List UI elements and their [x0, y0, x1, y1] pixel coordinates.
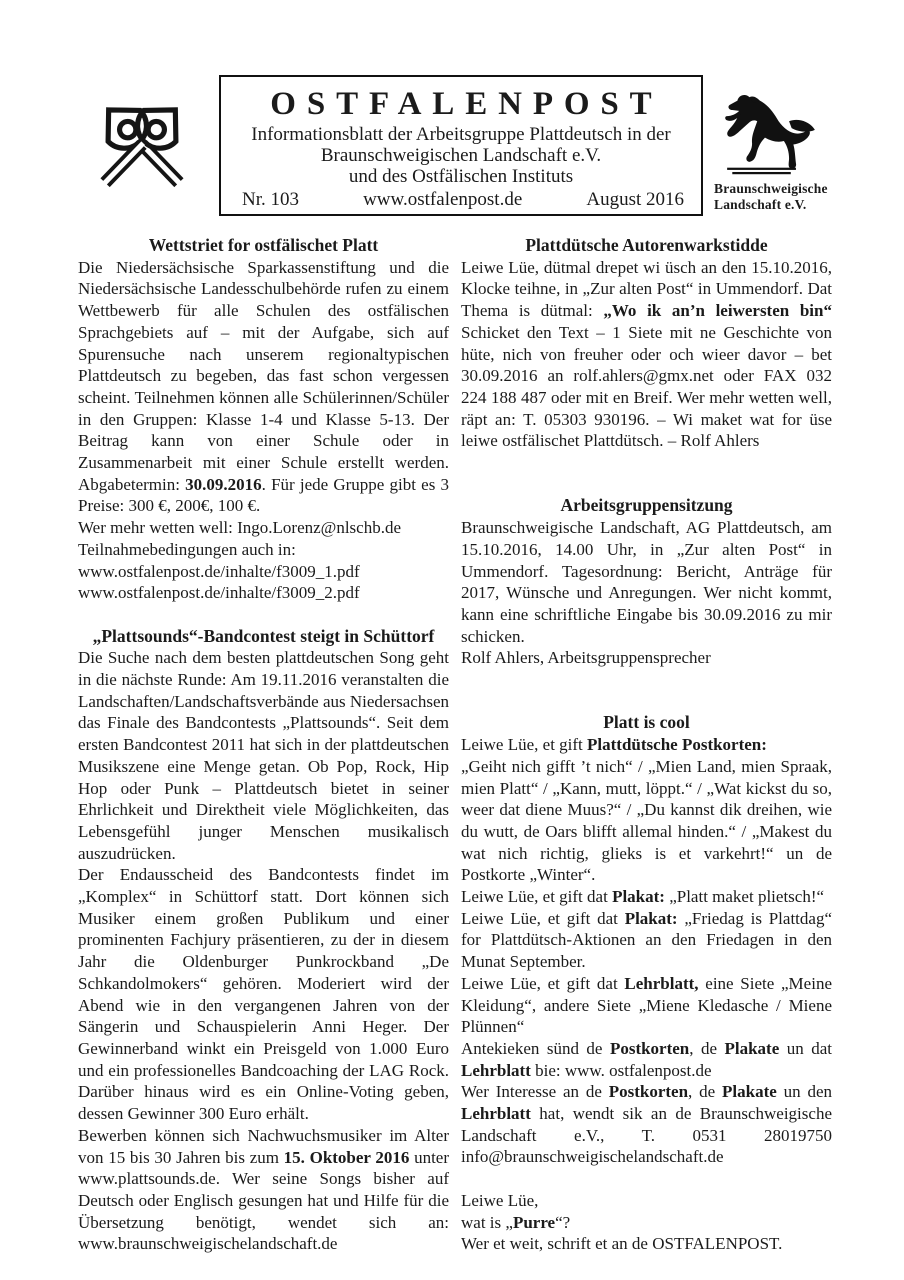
heading-plattsounds: „Plattsounds“-Bandcontest steigt in Schü… [78, 626, 449, 648]
text: , de [689, 1039, 724, 1058]
text: Platt is cool [603, 712, 690, 732]
heading-platt-is-cool: Platt is cool [461, 712, 832, 734]
logo-caption-line: Landschaft e.V. [714, 197, 832, 213]
article-paragraph: Wer mehr wetten well: Ingo.Lorenz@nlschb… [78, 517, 449, 539]
crossed-keys-icon [82, 86, 202, 208]
text: un dat [779, 1039, 832, 1058]
bold-text: Lehrblatt [461, 1061, 531, 1080]
bold-text: Plakat: [625, 909, 678, 928]
text: Leiwe Lüe, [461, 1191, 538, 1210]
article-paragraph: Wer et weit, schrift et an de OSTFALENPO… [461, 1233, 832, 1255]
article-paragraph: Antekieken sünd de Postkorten, de Plakat… [461, 1038, 832, 1081]
text: Antekieken sünd de [461, 1039, 610, 1058]
article-paragraph: Bewerben können sich Nachwuchsmusiker im… [78, 1125, 449, 1255]
text: Rolf Ahlers, Arbeitsgruppensprecher [461, 648, 711, 667]
text: “? [555, 1213, 570, 1232]
article-paragraph: „Geiht nich gifft ’t nich“ / „Mien Land,… [461, 756, 832, 886]
heading-autorenwarkstidde: Plattdütsche Autorenwarkstidde [461, 235, 832, 257]
heading-arbeitsgruppensitzung: Arbeitsgruppensitzung [461, 495, 832, 517]
article-paragraph: Die Suche nach dem besten plattdeutschen… [78, 647, 449, 864]
paragraph-spacer [461, 669, 832, 691]
bold-text: Lehrblatt, [624, 974, 698, 993]
article-paragraph: Leiwe Lüe, et gift dat Plakat: „Friedag … [461, 908, 832, 973]
text: un den [777, 1082, 832, 1101]
bold-text: Plakate [722, 1082, 777, 1101]
article-paragraph: Leiwe Lüe, et gift dat Plakat: „Platt ma… [461, 886, 832, 908]
text: Arbeitsgruppensitzung [560, 495, 732, 515]
text: Teilnahmebedingungen auch in: [78, 540, 296, 559]
logo-caption: Braunschweigische Landschaft e.V. [714, 181, 832, 213]
right-column: Plattdütsche AutorenwarkstiddeLeiwe Lüe,… [461, 235, 832, 1255]
bold-text: Purre [513, 1213, 555, 1232]
masthead-subtitle-line: Braunschweigischen Landschaft e.V. [221, 145, 701, 166]
bold-text: Plattdütsche Postkorten: [587, 735, 767, 754]
bold-text: Plakate [725, 1039, 780, 1058]
issue-number: Nr. 103 [242, 188, 299, 212]
paragraph-spacer [461, 691, 832, 713]
text: Wer mehr wetten well: Ingo.Lorenz@nlschb… [78, 518, 401, 537]
bold-text: 15. Oktober 2016 [284, 1148, 410, 1167]
article-paragraph: www.ostfalenpost.de/inhalte/f3009_2.pdf [78, 582, 449, 604]
paragraph-spacer [78, 604, 449, 626]
website-url: www.ostfalenpost.de [363, 188, 522, 212]
crossed-keys-logo [82, 86, 202, 208]
text: Braunschweigische Landschaft, AG Plattde… [461, 518, 832, 646]
article-paragraph: Leiwe Lüe, et gift dat Lehrblatt, eine S… [461, 973, 832, 1038]
text: www.ostfalenpost.de/inhalte/f3009_2.pdf [78, 583, 360, 602]
newsletter-page: { "page": { "background": "#ffffff", "in… [0, 0, 904, 1280]
article-paragraph: Wer Interesse an de Postkorten, de Plaka… [461, 1081, 832, 1168]
article-paragraph: Die Niedersächsische Sparkassenstiftung … [78, 257, 449, 517]
article-paragraph: Rolf Ahlers, Arbeitsgruppensprecher [461, 647, 832, 669]
text: „Plattsounds“-Bandcontest steigt in Schü… [93, 626, 435, 646]
text: Plattdütsche Autorenwarkstidde [525, 235, 767, 255]
logo-caption-line: Braunschweigische [714, 181, 832, 197]
paragraph-spacer [461, 1168, 832, 1190]
text: Leiwe Lüe, et gift dat [461, 887, 612, 906]
text: Wer Interesse an de [461, 1082, 609, 1101]
newsletter-title: OSTFALENPOST [221, 84, 701, 124]
text: Der Endausscheid des Bandcontests findet… [78, 865, 449, 1123]
article-paragraph: www.ostfalenpost.de/inhalte/f3009_1.pdf [78, 561, 449, 583]
paragraph-spacer [461, 474, 832, 496]
article-paragraph: Leiwe Lüe, dütmal drepet wi üsch an den … [461, 257, 832, 452]
issue-date: August 2016 [586, 188, 684, 212]
text: Wettstriet for ostfälischet Platt [149, 235, 379, 255]
heading-wettstriet: Wettstriet for ostfälischet Platt [78, 235, 449, 257]
bold-text: 30.09.2016 [185, 475, 262, 494]
article-columns: Wettstriet for ostfälischet PlattDie Nie… [78, 235, 832, 1255]
text: Leiwe Lüe, et gift dat [461, 974, 624, 993]
article-paragraph: Leiwe Lüe, [461, 1190, 832, 1212]
text: bie: www. ostfalenpost.de [531, 1061, 712, 1080]
text: „Geiht nich gifft ’t nich“ / „Mien Land,… [461, 757, 832, 885]
rearing-horse-icon [718, 92, 824, 178]
bold-text: Postkorten [609, 1082, 688, 1101]
masthead-subtitle-line: und des Ostfälischen Instituts [221, 166, 701, 187]
masthead: OSTFALENPOST Informationsblatt der Arbei… [219, 75, 703, 216]
article-paragraph: Leiwe Lüe, et gift Plattdütsche Postkort… [461, 734, 832, 756]
text: , de [688, 1082, 722, 1101]
article-paragraph: wat is „Purre“? [461, 1212, 832, 1234]
text: Wer et weit, schrift et an de OSTFALENPO… [461, 1234, 782, 1253]
text: „Platt maket plietsch!“ [665, 887, 824, 906]
text: Leiwe Lüe, et gift dat [461, 909, 625, 928]
bold-text: Postkorten [610, 1039, 689, 1058]
text: Schicket den Text – 1 Siete mit ne Gesch… [461, 323, 832, 451]
masthead-meta-row: Nr. 103 www.ostfalenpost.de August 2016 [221, 187, 701, 212]
masthead-subtitle-line: Informationsblatt der Arbeitsgruppe Plat… [221, 124, 701, 145]
article-paragraph: Teilnahmebedingungen auch in: [78, 539, 449, 561]
text: www.ostfalenpost.de/inhalte/f3009_1.pdf [78, 562, 360, 581]
bold-text: „Wo ik an’n leiwersten bin“ [603, 301, 832, 320]
article-paragraph: Der Endausscheid des Bandcontests findet… [78, 864, 449, 1124]
text: Die Niedersächsische Sparkassenstiftung … [78, 258, 449, 494]
paragraph-spacer [461, 452, 832, 474]
left-column: Wettstriet for ostfälischet PlattDie Nie… [78, 235, 449, 1255]
text: Die Suche nach dem besten plattdeutschen… [78, 648, 449, 862]
text: wat is „ [461, 1213, 513, 1232]
article-paragraph: Braunschweigische Landschaft, AG Plattde… [461, 517, 832, 647]
braunschweigische-landschaft-logo: Braunschweigische Landschaft e.V. [714, 92, 832, 213]
bold-text: Lehrblatt [461, 1104, 531, 1123]
bold-text: Plakat: [612, 887, 665, 906]
text: Leiwe Lüe, et gift [461, 735, 587, 754]
